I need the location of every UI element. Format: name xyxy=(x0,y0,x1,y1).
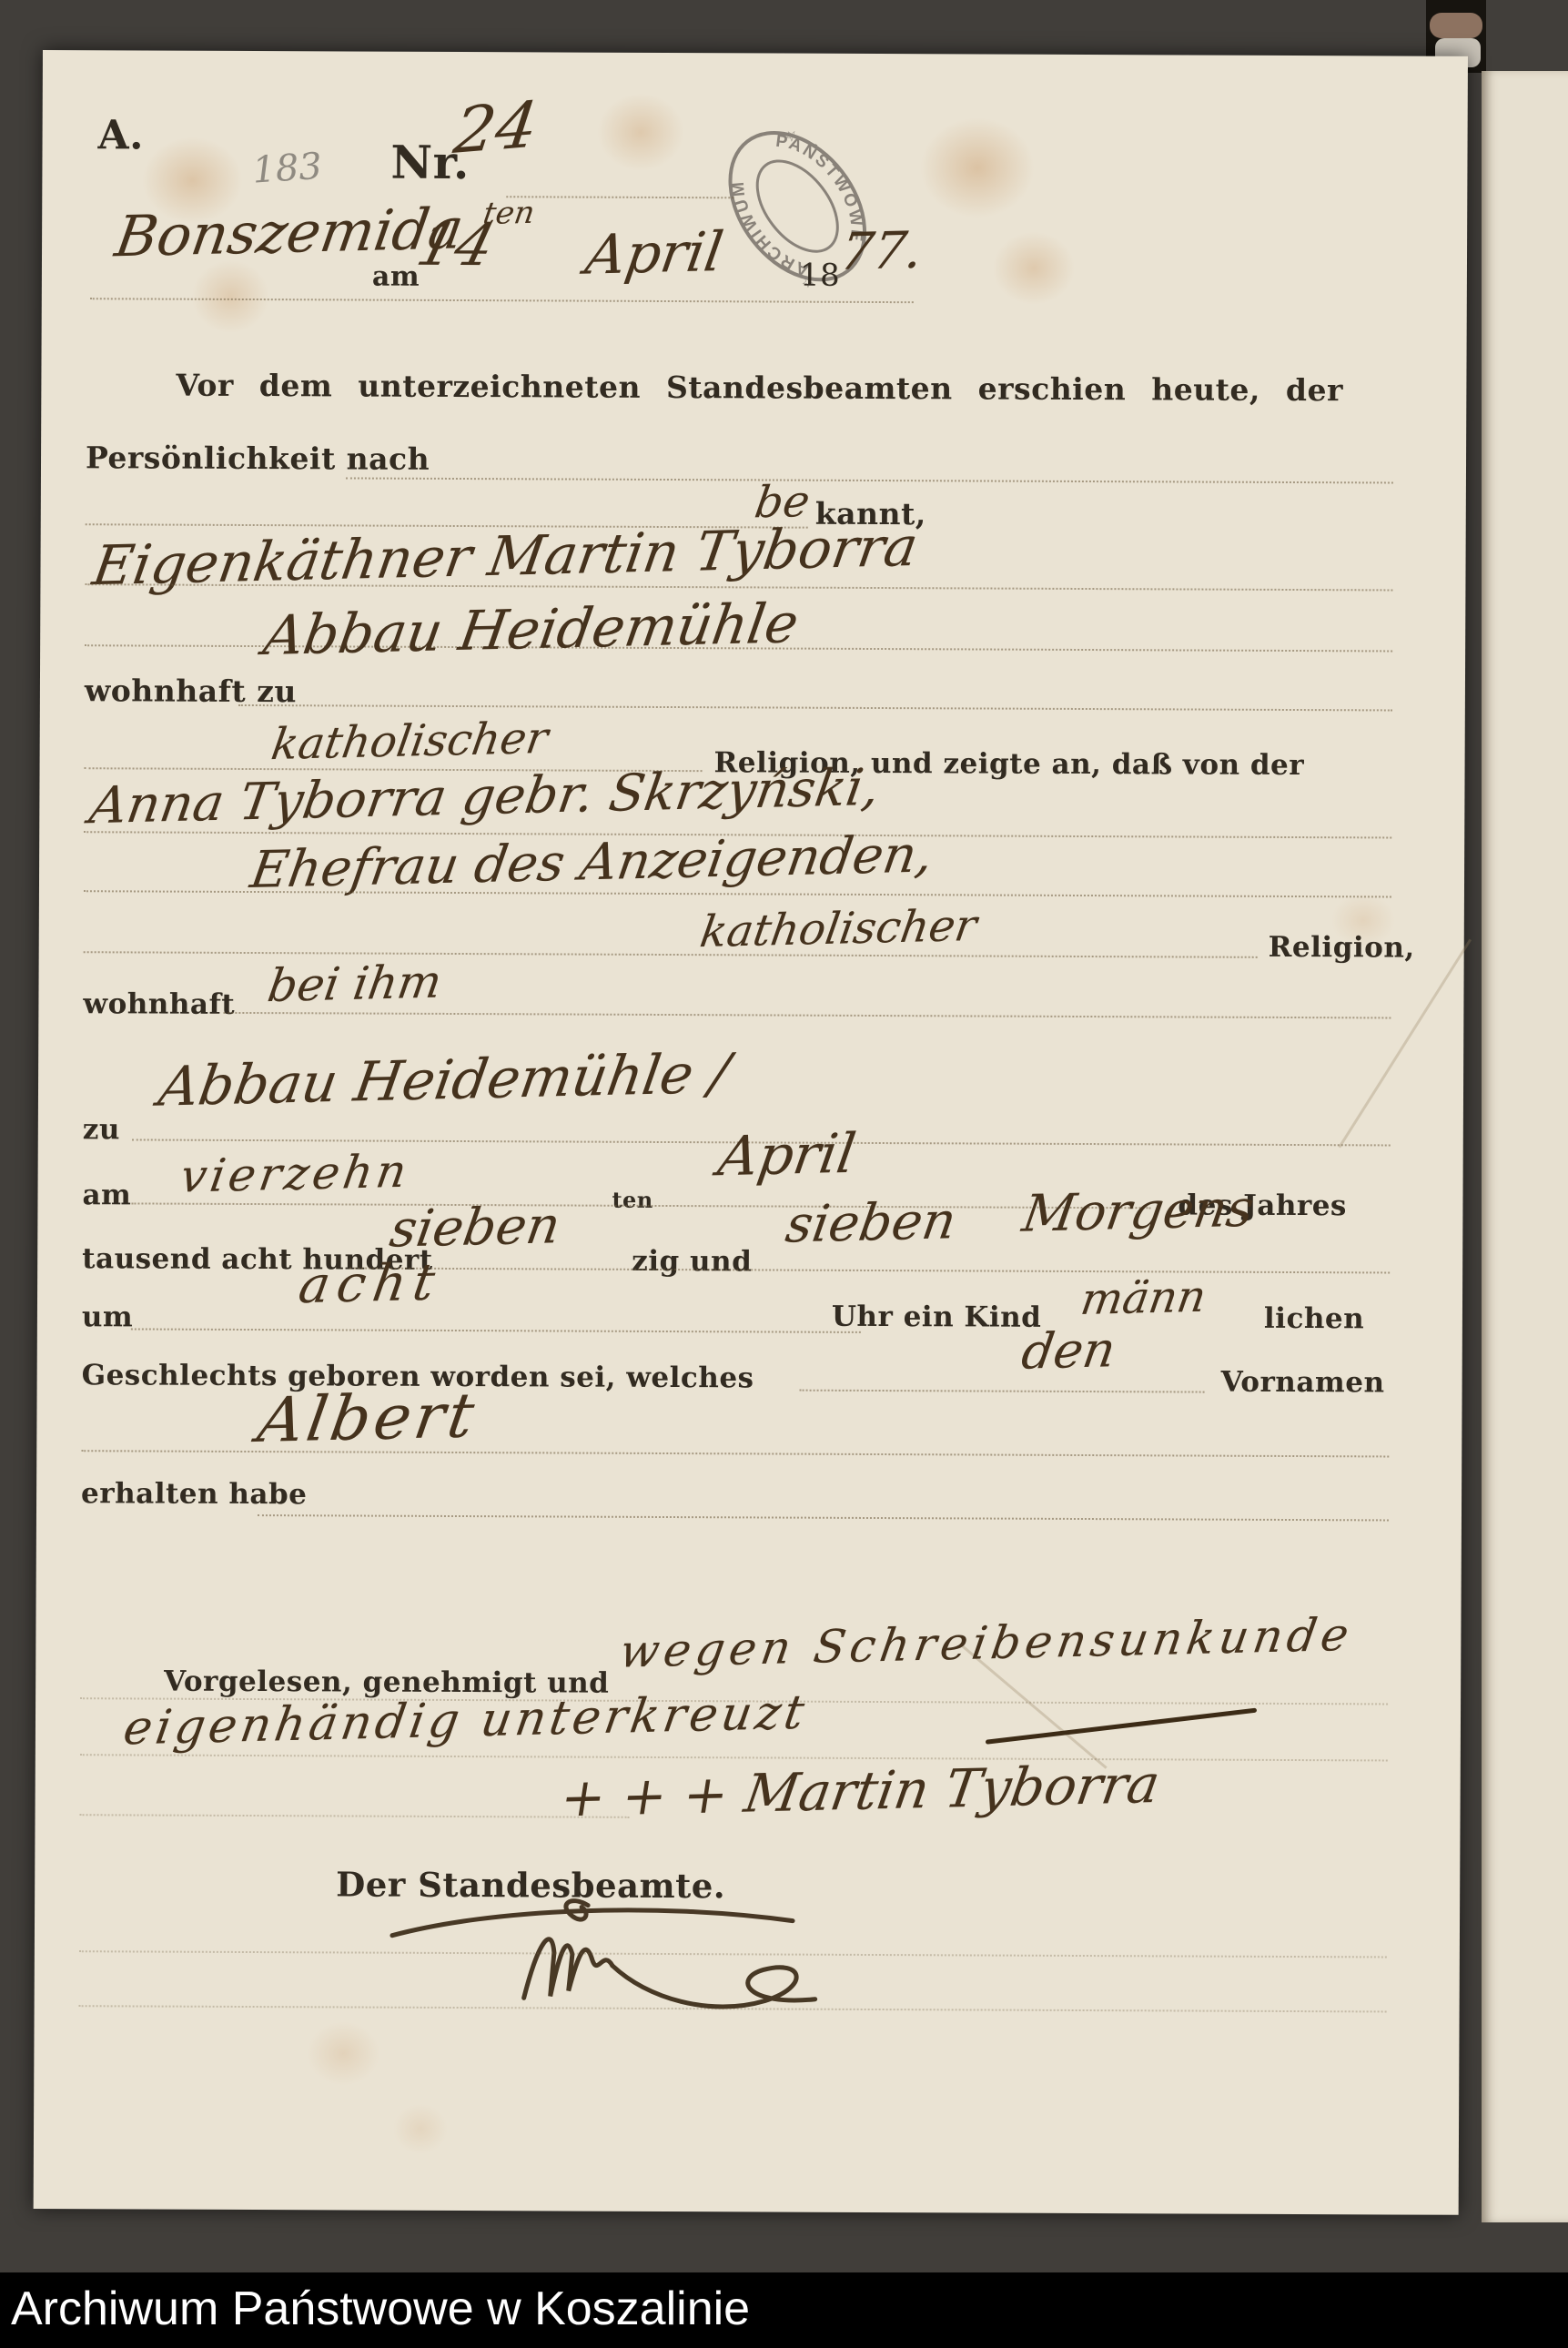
entry-residence: Abbau Heidemühle xyxy=(259,592,803,668)
form-zig-und: zig und xyxy=(632,1245,752,1279)
stain xyxy=(597,94,683,171)
form-uhr-ein-kind: Uhr ein Kind xyxy=(832,1301,1042,1334)
entry-birth-month: April xyxy=(714,1122,860,1189)
entry-den: den xyxy=(1018,1321,1119,1380)
entry-closing-1: wegen Schreibensunkunde xyxy=(616,1608,1357,1678)
binding-thread xyxy=(1430,13,1482,38)
form-wohnhaft: wohnhaft xyxy=(83,987,235,1021)
form-lichen: lichen xyxy=(1264,1302,1364,1335)
next-page-edge xyxy=(1482,71,1568,2222)
day-suffix: ten xyxy=(481,195,537,232)
form-religion2: Religion, xyxy=(1269,931,1415,965)
entry-year-ones: sieben xyxy=(782,1191,960,1254)
form-intro-line: Vor dem unterzeichneten Standesbeamten e… xyxy=(176,368,1343,409)
entry-mother-role: Ehefrau des Anzeigenden, xyxy=(247,825,937,900)
form-am: am xyxy=(82,1179,131,1211)
year-printed: 18 xyxy=(800,258,840,294)
record-number: 24 xyxy=(450,87,541,168)
form-um: um xyxy=(82,1301,134,1333)
entry-hour: acht xyxy=(295,1253,446,1316)
archive-stamp: ARCHIWUM PAŃSTWOWE ☆ ☆ xyxy=(700,98,895,314)
document-page: ARCHIWUM PAŃSTWOWE ☆ ☆ A. 183 Nr. 24 Bon… xyxy=(34,50,1468,2215)
entry-birth-day: vierzehn xyxy=(177,1145,413,1203)
pencil-page-number: 183 xyxy=(251,146,323,192)
stain xyxy=(393,2104,448,2154)
form-vornamen: Vornamen xyxy=(1221,1366,1385,1400)
paper-crease xyxy=(1338,939,1472,1149)
entry-bei-ihm: bei ihm xyxy=(264,956,445,1012)
entry-time-of-day: Morgens xyxy=(1018,1179,1258,1244)
stain xyxy=(192,260,269,333)
official-signature xyxy=(355,1888,847,2045)
pen-flourish xyxy=(986,1708,1258,1745)
place-name: Bonszemida xyxy=(111,195,468,269)
stain xyxy=(993,232,1075,305)
form-zu: zu xyxy=(83,1113,120,1146)
entry-mother-religion: katholischer xyxy=(697,900,980,957)
form-ten: ten xyxy=(612,1187,652,1213)
entry-birthplace: Abbau Heidemühle / xyxy=(155,1042,733,1119)
year-written: 77. xyxy=(836,221,926,282)
form-erhalten-habe: erhalten habe xyxy=(81,1477,308,1511)
entry-first-name: Albert xyxy=(253,1380,482,1457)
entry-year-tens: sieben xyxy=(386,1196,564,1259)
entry-gender: männ xyxy=(1077,1271,1209,1325)
form-persoenlichkeit: Persönlichkeit nach xyxy=(86,440,430,477)
archival-scan: ARCHIWUM PAŃSTWOWE ☆ ☆ A. 183 Nr. 24 Bon… xyxy=(0,0,1568,2348)
entry-declarant-handsign: + + + Martin Tyborra xyxy=(556,1753,1163,1828)
entry-father-religion: katholischer xyxy=(268,713,551,770)
stain xyxy=(920,117,1034,218)
month-value: April xyxy=(582,220,727,287)
archive-name: Archiwum Państwowe w Koszalinie xyxy=(0,2272,1568,2345)
corner-letter: A. xyxy=(97,112,144,158)
archive-footer: Archiwum Państwowe w Koszalinie xyxy=(0,2272,1568,2348)
